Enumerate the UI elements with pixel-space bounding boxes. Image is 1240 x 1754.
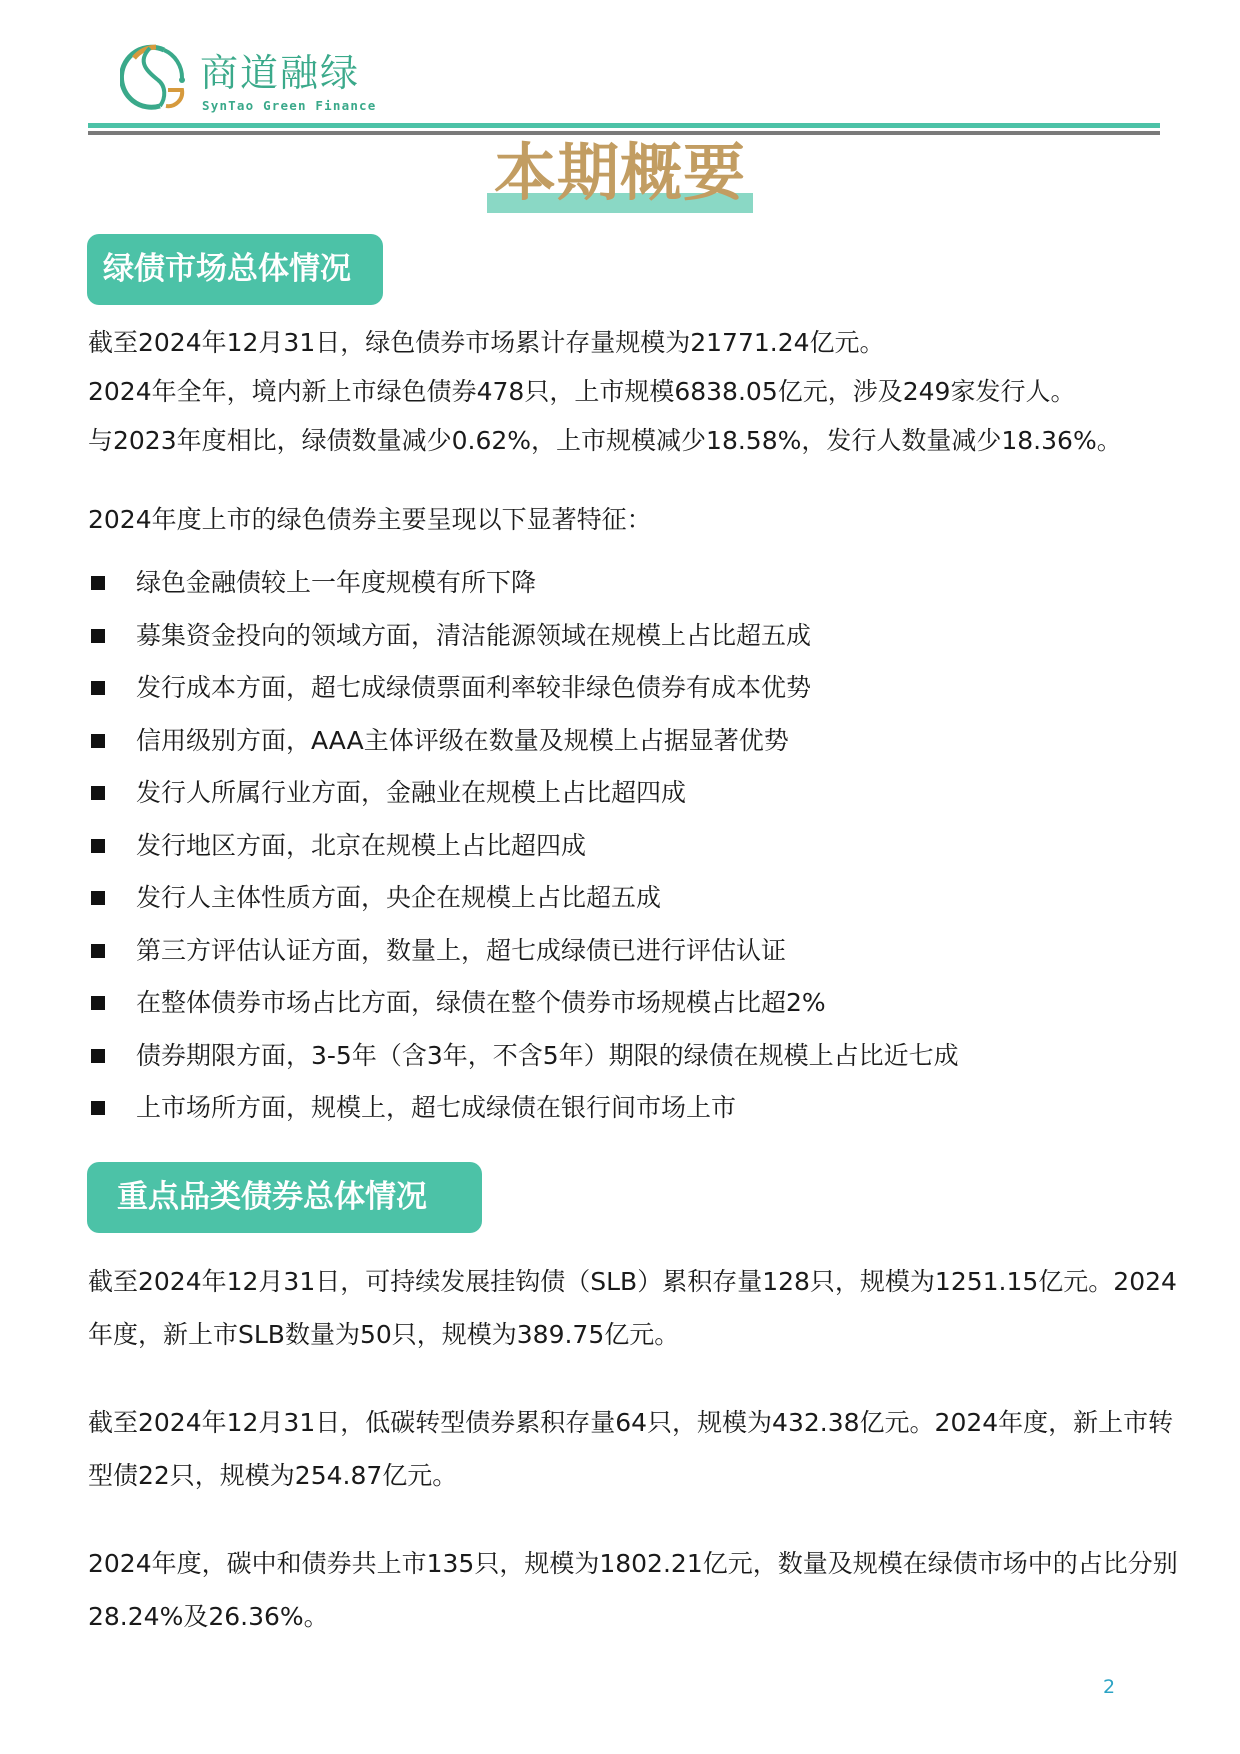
- square-bullet-icon: [91, 734, 105, 748]
- section-heading-green-bond-market: 绿债市场总体情况: [87, 234, 383, 305]
- list-item: 第三方评估认证方面，数量上，超七成绿债已进行评估认证: [88, 925, 959, 978]
- list-item: 发行地区方面，北京在规模上占比超四成: [88, 820, 959, 873]
- feature-text: 募集资金投向的领域方面，清洁能源领域在规模上占比超五成: [136, 621, 811, 650]
- list-item: 发行人所属行业方面，金融业在规模上占比超四成: [88, 767, 959, 820]
- square-bullet-icon: [91, 944, 105, 958]
- feature-text: 第三方评估认证方面，数量上，超七成绿债已进行评估认证: [136, 936, 786, 965]
- feature-text: 绿色金融债较上一年度规模有所下降: [136, 568, 536, 597]
- paragraph-carbon-neutral-bonds: 2024年度，碳中和债券共上市135只，规模为1802.21亿元，数量及规模在绿…: [88, 1537, 1198, 1643]
- features-intro: 2024年度上市的绿色债券主要呈现以下显著特征：: [88, 495, 652, 544]
- list-item: 信用级别方面，AAA主体评级在数量及规模上占据显著优势: [88, 715, 959, 768]
- logo-chinese-name: 商道融绿: [200, 52, 360, 94]
- summary-line-yoy: 与2023年度相比，绿债数量减少0.62%，上市规模减少18.58%，发行人数量…: [88, 416, 1122, 465]
- square-bullet-icon: [91, 839, 105, 853]
- list-item: 债券期限方面，3-5年（含3年，不含5年）期限的绿债在规模上占比近七成: [88, 1030, 959, 1083]
- list-item: 发行人主体性质方面，央企在规模上占比超五成: [88, 872, 959, 925]
- paragraph-slb: 截至2024年12月31日，可持续发展挂钩债（SLB）累积存量128只，规模为1…: [88, 1255, 1198, 1361]
- header-rule-teal: [88, 123, 1160, 128]
- logo-english-name: SynTao Green Finance: [202, 98, 377, 113]
- square-bullet-icon: [91, 1049, 105, 1063]
- feature-text: 发行人所属行业方面，金融业在规模上占比超四成: [136, 778, 686, 807]
- square-bullet-icon: [91, 996, 105, 1010]
- summary-line-issuance: 2024年全年，境内新上市绿色债券478只，上市规模6838.05亿元，涉及24…: [88, 367, 1075, 416]
- syntao-logo-icon: [120, 42, 190, 112]
- square-bullet-icon: [91, 576, 105, 590]
- feature-text: 在整体债券市场占比方面，绿债在整个债券市场规模占比超2%: [136, 988, 826, 1017]
- page-title-block: 本期概要: [487, 134, 753, 216]
- square-bullet-icon: [91, 891, 105, 905]
- square-bullet-icon: [91, 1101, 105, 1115]
- square-bullet-icon: [91, 786, 105, 800]
- feature-text: 信用级别方面，AAA主体评级在数量及规模上占据显著优势: [136, 726, 789, 755]
- paragraph-transition-bonds: 截至2024年12月31日，低碳转型债券累积存量64只，规模为432.38亿元。…: [88, 1396, 1198, 1502]
- list-item: 上市场所方面，规模上，超七成绿债在银行间市场上市: [88, 1082, 959, 1135]
- page-number: 2: [1103, 1676, 1115, 1698]
- list-item: 在整体债券市场占比方面，绿债在整个债券市场规模占比超2%: [88, 977, 959, 1030]
- feature-text: 债券期限方面，3-5年（含3年，不含5年）期限的绿债在规模上占比近七成: [136, 1041, 959, 1070]
- features-list: 绿色金融债较上一年度规模有所下降 募集资金投向的领域方面，清洁能源领域在规模上占…: [88, 557, 959, 1135]
- page-title: 本期概要: [487, 134, 753, 212]
- feature-text: 发行地区方面，北京在规模上占比超四成: [136, 831, 586, 860]
- summary-line-outstanding: 截至2024年12月31日，绿色债券市场累计存量规模为21771.24亿元。: [88, 318, 885, 367]
- feature-text: 发行人主体性质方面，央企在规模上占比超五成: [136, 883, 661, 912]
- feature-text: 上市场所方面，规模上，超七成绿债在银行间市场上市: [136, 1093, 736, 1122]
- list-item: 发行成本方面，超七成绿债票面利率较非绿色债券有成本优势: [88, 662, 959, 715]
- section-heading-key-bond-categories: 重点品类债券总体情况: [87, 1162, 482, 1233]
- list-item: 绿色金融债较上一年度规模有所下降: [88, 557, 959, 610]
- syntao-logo: 商道融绿 SynTao Green Finance: [120, 42, 380, 114]
- list-item: 募集资金投向的领域方面，清洁能源领域在规模上占比超五成: [88, 610, 959, 663]
- square-bullet-icon: [91, 681, 105, 695]
- feature-text: 发行成本方面，超七成绿债票面利率较非绿色债券有成本优势: [136, 673, 811, 702]
- square-bullet-icon: [91, 629, 105, 643]
